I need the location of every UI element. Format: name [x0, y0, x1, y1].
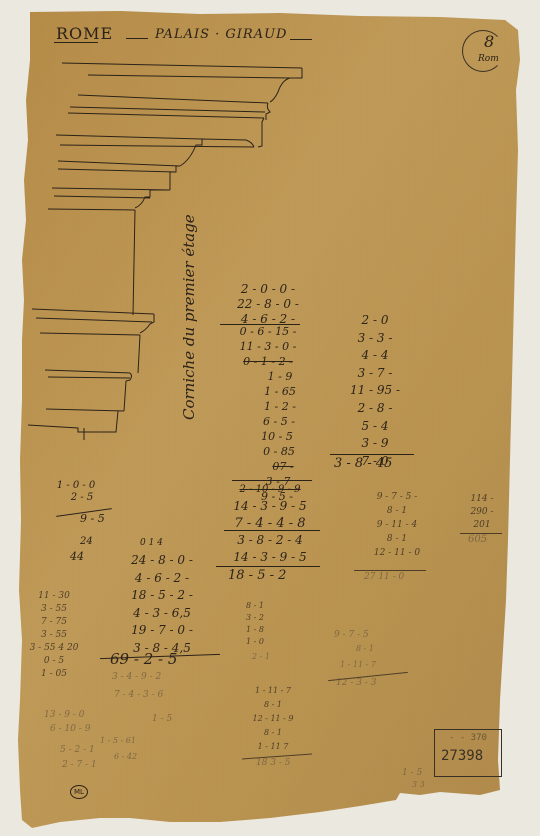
far-left-faint: 11 - 30 3 - 55 7 - 75 3 - 55 3 - 55 4 20… [24, 590, 84, 681]
faint-note: 1 - 5 - 61 [100, 736, 136, 745]
faint-note: 6 - 42 [114, 752, 137, 761]
faint-note: 3 3 [412, 780, 425, 789]
title-dash [126, 38, 148, 39]
calc-line: 3 - 7 - [340, 365, 410, 383]
left-small-calc: 1 - 0 - 0 2 - 5 [56, 480, 96, 504]
calc-line: 1 - 9 [218, 369, 318, 384]
left-main-total: 69 - 2 - 5 [110, 650, 177, 668]
calc-line: 1 - 2 - [218, 399, 318, 414]
calc-line: 1 - 0 [240, 636, 270, 648]
right-faint-a-total: 27 11 - 0 [364, 572, 404, 582]
left-small-extra: 44 [70, 550, 84, 563]
center-column-mid: 0 - 6 - 15 - 11 - 3 - 0 - 0 - 1 - 2 - 1 … [218, 324, 318, 504]
calc-line: 7 - 75 [24, 616, 84, 629]
calc-line: 12 - 11 - 9 [248, 712, 298, 726]
title-underline [54, 42, 98, 43]
calc-line: 2 - 0 - 0 - [218, 282, 318, 297]
calc-line: 3 - 3 - [340, 330, 410, 348]
calc-line: 1 - 65 [218, 384, 318, 399]
calc-line: 3 - 55 [24, 629, 84, 642]
calc-line: 1 - 11 - 7 [248, 684, 298, 698]
center-faint-b-total: 12 - 3 - 3 [336, 678, 376, 688]
stamp-top: - - 370 [449, 733, 487, 743]
stamp-number: 27398 [441, 748, 483, 764]
calc-line: 3 - 2 [240, 612, 270, 624]
calc-line: 5 - 4 [340, 418, 410, 436]
right-faint-b-total: 605 [468, 534, 487, 545]
folio-circle [462, 30, 504, 72]
center-faint-c-total: 18 3 - 5 [256, 758, 291, 768]
calc-line: 8 - 1 [362, 504, 432, 518]
calc-line: 3 - 55 4 20 [24, 642, 84, 655]
calc-line: 0 - 85 [218, 444, 318, 459]
calc-line: 4 - 6 - 2 - [112, 570, 212, 588]
faint-note: 5 - 2 - 1 [60, 745, 95, 755]
calc-line: 3 - 9 [340, 435, 410, 453]
calc-line: 0 - 5 [24, 655, 84, 668]
monogram-stamp: ML [70, 785, 88, 799]
title-palais-giraud: PALAIS · GIRAUD [155, 27, 287, 42]
calc-line: 10 - 5 [218, 429, 318, 444]
calc-line-struck: 2 - 10 - 9 - 9 [220, 481, 320, 498]
calc-line: 1 - 05 [24, 668, 84, 681]
faint-note: 1 - 5 [152, 714, 172, 724]
calc-line-struck: 0 - 1 - 2 - [218, 354, 318, 369]
calc-line: 11 - 3 - 0 - [218, 339, 318, 354]
faint-note: 3 - 4 - 9 - 2 [112, 672, 161, 682]
calc-line: 9 - 7 - 5 - [362, 490, 432, 504]
calc-line: 8 - 1 [362, 532, 432, 546]
left-small-extra: 24 [80, 536, 93, 547]
center-column-diff: 3 - 8 - 2 - 4 14 - 3 - 9 - 5 [220, 532, 320, 566]
right-total: 3 - 8 - 45 [334, 456, 392, 471]
calc-line: 1 - 11 7 [248, 740, 298, 754]
calc-line: 2 - 8 - [340, 400, 410, 418]
calc-line: 4 - 3 - 6,5 [112, 605, 212, 623]
calc-line: 14 - 3 - 9 - 5 [220, 498, 320, 515]
faint-note: 6 - 10 - 9 [50, 724, 90, 734]
calc-line: 0 - 6 - 15 - [218, 324, 318, 339]
calc-line: 1 - 0 - 0 [56, 480, 96, 492]
left-small-total: 9 - 5 [80, 512, 105, 525]
calc-line: 6 - 5 - [218, 414, 318, 429]
left-main-header: 0 1 4 [140, 538, 163, 548]
folio-number: 8 [484, 32, 494, 51]
right-faint-a: 9 - 7 - 5 - 8 - 1 9 - 11 - 4 8 - 1 12 - … [362, 490, 432, 560]
calc-line: 4 - 4 [340, 347, 410, 365]
calc-line: 2 - 5 [56, 492, 96, 504]
faint-note: 1 - 5 [402, 768, 422, 778]
calc-line: 114 - [462, 493, 502, 506]
center-faint-a: 8 - 1 3 - 2 1 - 8 1 - 0 [240, 600, 270, 648]
calc-line: 19 - 7 - 0 - [112, 622, 212, 640]
center-column-sums: 2 - 10 - 9 - 9 14 - 3 - 9 - 5 7 - 4 - 4 … [220, 481, 320, 532]
calc-line: 9 - 11 - 4 [362, 518, 432, 532]
calc-line: 22 - 8 - 0 - [218, 297, 318, 312]
calc-line: 290 - [462, 506, 502, 519]
faint-note: 1 - 11 - 7 [340, 660, 376, 669]
faint-note: 8 - 1 [356, 644, 374, 653]
right-faint-b: 114 - 290 - 201 [462, 493, 502, 532]
faint-note: 13 - 9 - 0 [44, 710, 84, 720]
center-faint-a-total: 2 - 1 [252, 652, 270, 661]
calc-line: 11 - 95 - [340, 382, 410, 400]
calc-line: 18 - 5 - 2 - [112, 587, 212, 605]
left-main-calc: 24 - 8 - 0 - 4 - 6 - 2 - 18 - 5 - 2 - 4 … [112, 552, 212, 657]
calc-line-struck: 07 - [218, 459, 318, 474]
calc-line: 2 - 0 [340, 312, 410, 330]
faint-note: 2 - 7 - 1 [62, 760, 97, 770]
library-stamp: - - 370 27398 [434, 729, 502, 777]
faint-note: 9 - 7 - 5 [334, 630, 369, 640]
rule [330, 454, 414, 455]
calc-line: 201 [462, 519, 502, 532]
calc-line: 3 - 8 - 2 - 4 [220, 532, 320, 549]
title-rome: ROME [56, 24, 113, 43]
center-total: 18 - 5 - 2 [228, 568, 286, 583]
right-column: 2 - 0 3 - 3 - 4 - 4 3 - 7 - 11 - 95 - 2 … [340, 312, 410, 470]
calc-line: 8 - 1 [248, 726, 298, 740]
faint-note: 7 - 4 - 3 - 6 [114, 690, 163, 700]
calc-line: 8 - 1 [248, 698, 298, 712]
title-dash-end [290, 39, 312, 40]
folio-mark: Rom [478, 54, 499, 64]
center-column: 2 - 0 - 0 - 22 - 8 - 0 - 4 - 6 - 2 - [218, 282, 318, 327]
calc-line: 14 - 3 - 9 - 5 [220, 549, 320, 566]
calc-line: 8 - 1 [240, 600, 270, 612]
rule [354, 570, 426, 571]
rule [216, 566, 320, 567]
calc-line: 12 - 11 - 0 [362, 546, 432, 560]
calc-line: 1 - 8 [240, 624, 270, 636]
calc-line: 11 - 30 [24, 590, 84, 603]
vertical-caption: Corniche du premier étage [180, 214, 198, 420]
calc-line: 3 - 55 [24, 603, 84, 616]
calc-line: 24 - 8 - 0 - [112, 552, 212, 570]
center-faint-c: 1 - 11 - 7 8 - 1 12 - 11 - 9 8 - 1 1 - 1… [248, 684, 298, 754]
rule [224, 530, 320, 531]
